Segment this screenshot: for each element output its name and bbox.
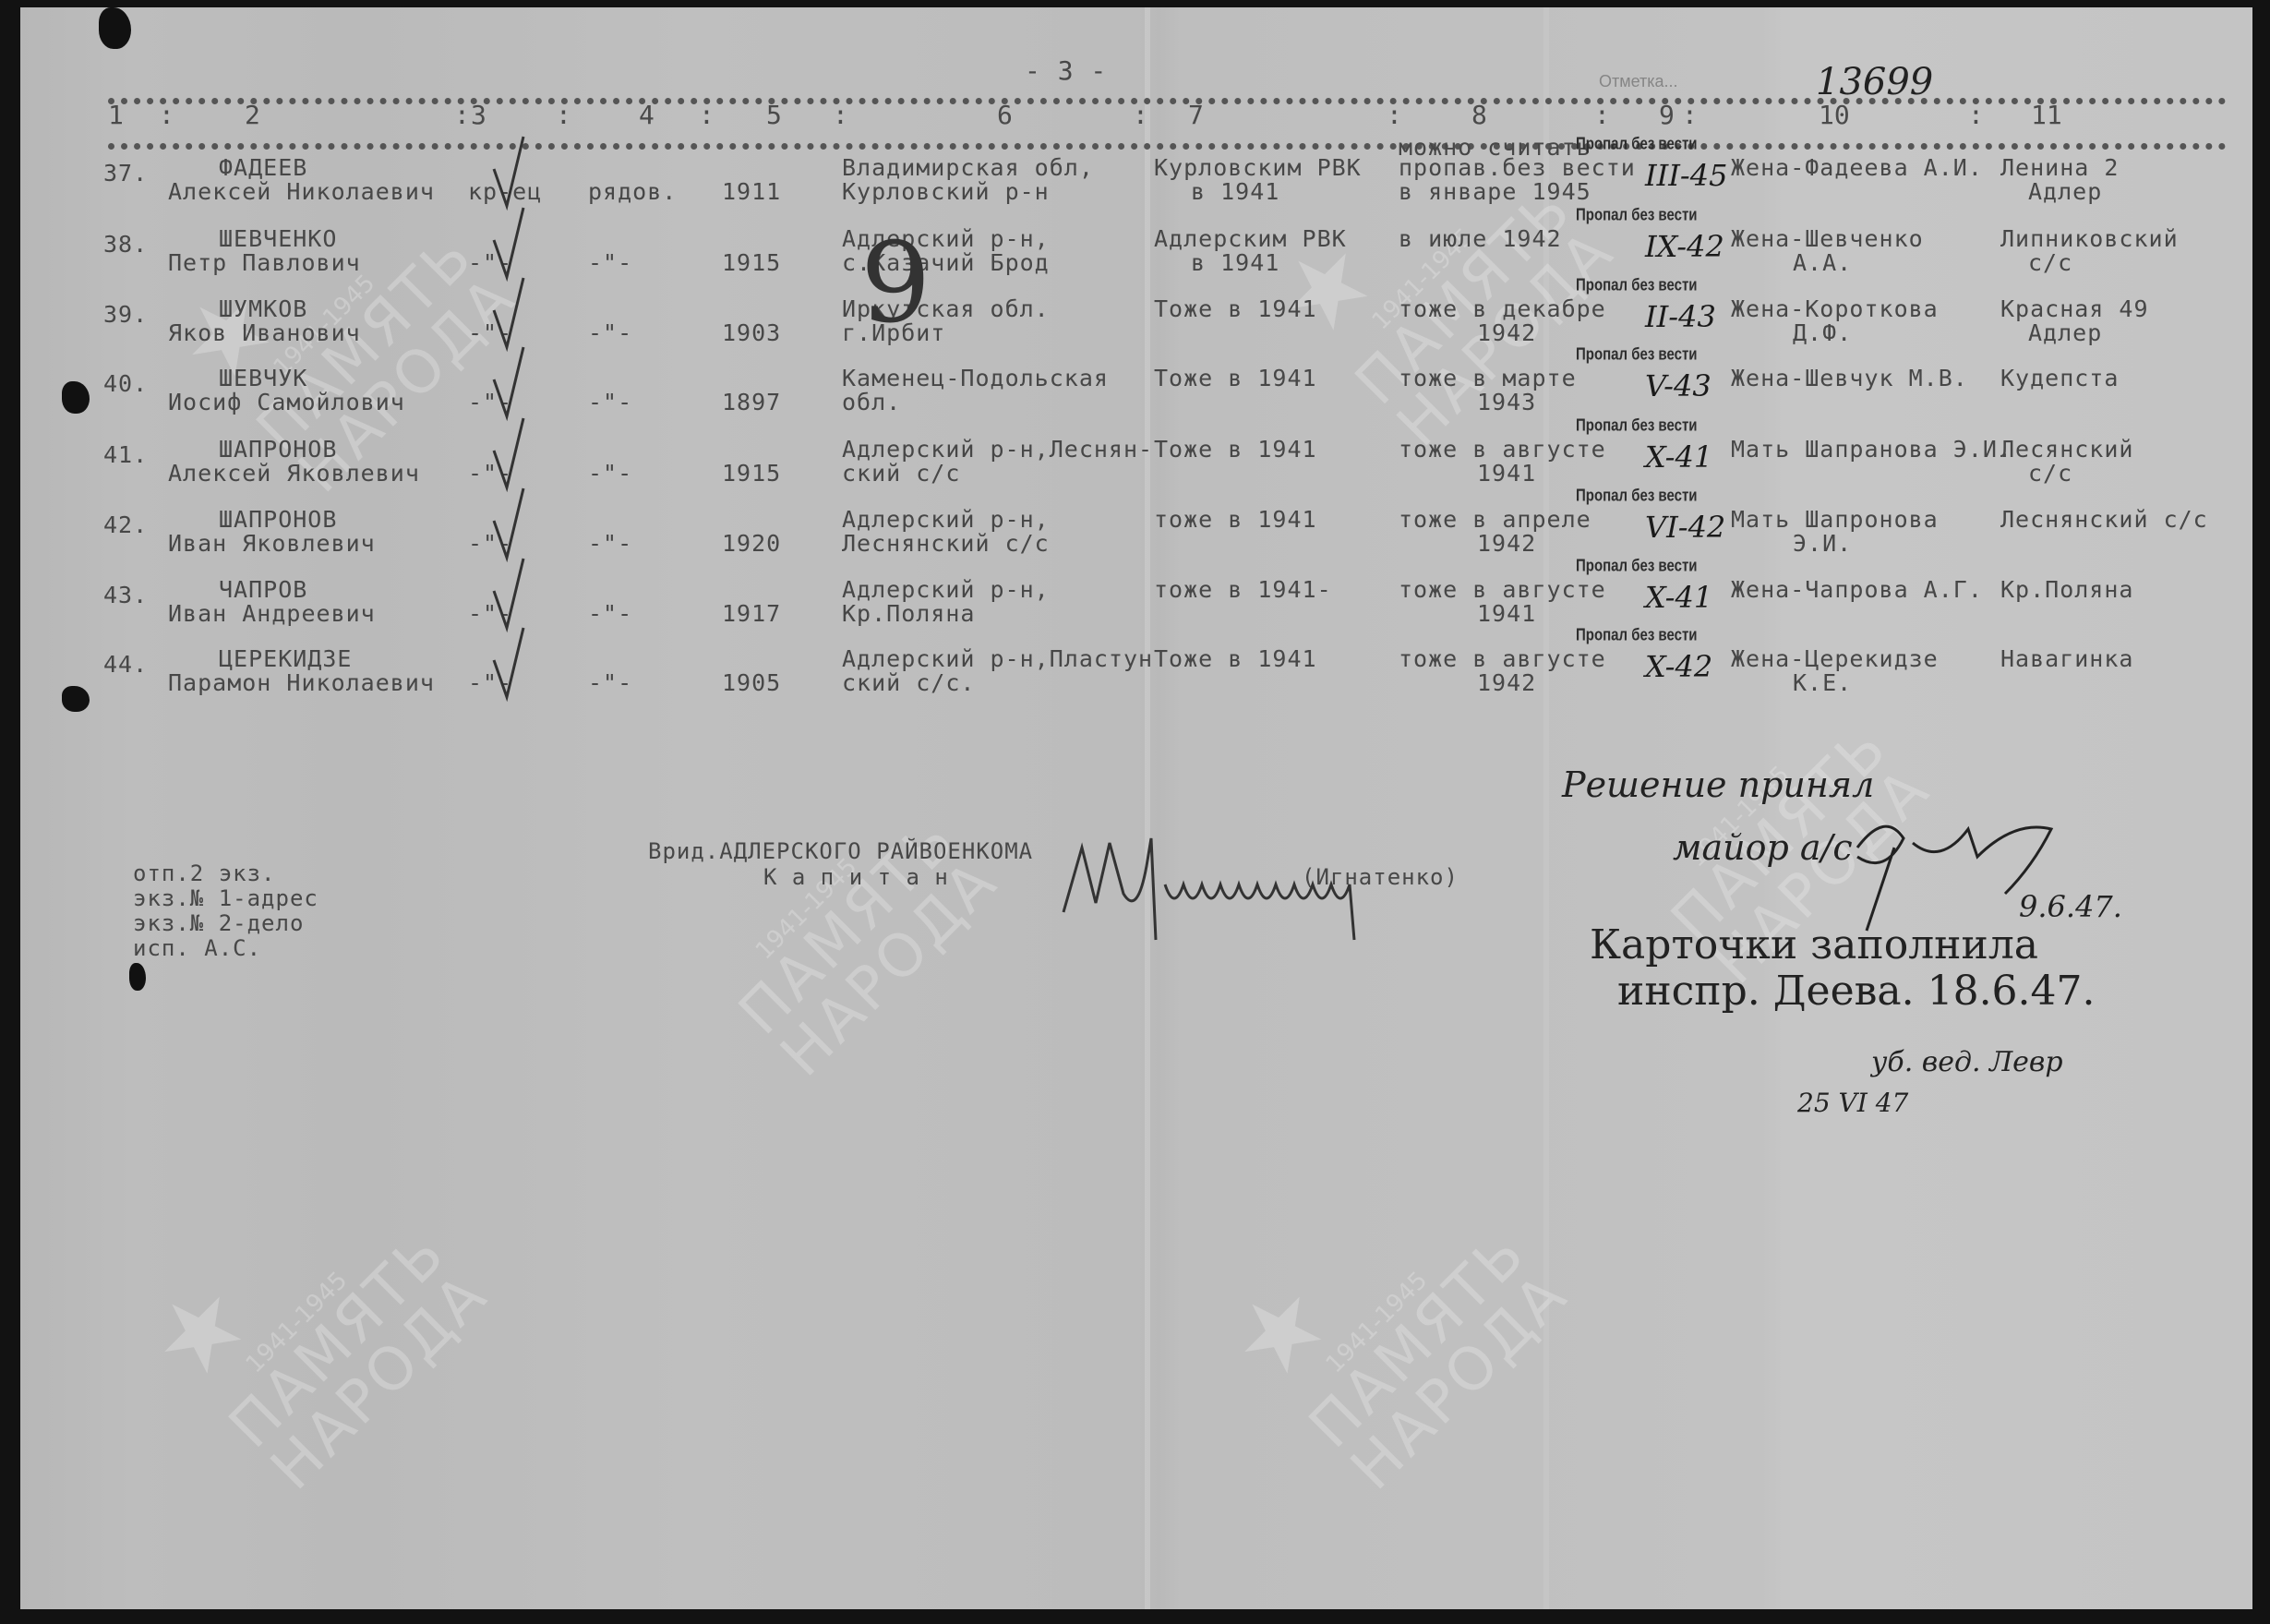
relative-line1: Жена-Шевченко	[1731, 225, 1924, 252]
missing-info-line1: тоже в августе	[1399, 436, 1606, 463]
drafted-by-line1: Тоже в 1941	[1154, 645, 1317, 672]
signatory-title: Врид.АДЛЕРСКОГО РАЙВОЕНКОМА	[648, 838, 1033, 864]
birthplace-line1: Владимирская обл,	[842, 154, 1094, 181]
missing-info-line2: 1942	[1477, 530, 1536, 557]
paper-damage	[62, 686, 90, 712]
signature	[1054, 829, 1442, 958]
missing-info-line1: тоже в августе	[1399, 576, 1606, 603]
relative-line1: Мать Шапронова	[1731, 506, 1939, 533]
paper-fold	[1145, 7, 1150, 1609]
relative-line2: А.А.	[1793, 249, 1852, 276]
watermark: ★ 1941-1945 ПАМЯТЬ НАРОДА	[131, 1133, 498, 1500]
row-number: 38.	[103, 231, 148, 258]
address-line1: Лесянский	[2000, 436, 2133, 463]
decision-note: Решение принял	[1562, 764, 1874, 805]
missing-stamp: Пропал без вести	[1576, 134, 1698, 153]
missing-stamp: Пропал без вести	[1576, 415, 1698, 435]
paper-damage	[62, 381, 90, 414]
rank-col4: -"-	[588, 530, 632, 557]
missing-stamp: Пропал без вести	[1576, 275, 1698, 295]
drafted-by-line1: Тоже в 1941	[1154, 295, 1317, 322]
relative-line1: Мать Шапранова Э.И.	[1731, 436, 2012, 463]
relative-line1: Жена-Чапрова А.Г.	[1731, 576, 1983, 603]
given-names: Иосиф Самойлович	[168, 389, 405, 415]
birth-year: 1897	[722, 389, 781, 415]
missing-info-line3: в январе 1945	[1399, 178, 1591, 205]
surname: ШЕВЧЕНКО	[219, 225, 337, 252]
handwritten-date: X-41	[1645, 439, 1712, 475]
drafted-by-line1: Тоже в 1941	[1154, 365, 1317, 391]
decision-date: 9.6.47.	[2019, 889, 2122, 924]
given-names: Иван Андреевич	[168, 600, 376, 627]
birthplace-line2: Кр.Поляна	[842, 600, 975, 627]
handwritten-date: X-42	[1645, 649, 1712, 684]
relative-line2: К.Е.	[1793, 669, 1852, 696]
birthplace-line1: Адлерский р-н,	[842, 506, 1050, 533]
handwritten-date: III-45	[1645, 158, 1727, 193]
rank-col4: -"-	[588, 600, 632, 627]
missing-info-line2: 1941	[1477, 600, 1536, 627]
address-line1: Кудепста	[2000, 365, 2119, 391]
handwritten-mark: 9	[860, 220, 931, 348]
archive-document-page: ★ 1941-1945 ПАМЯТЬ НАРОДА ★ 1941-1945 ПА…	[20, 7, 2252, 1609]
birthplace-line2: ский с/с	[842, 460, 960, 487]
birth-year: 1903	[722, 319, 781, 346]
missing-info-line2: 1942	[1477, 669, 1536, 696]
address-line1: Леснянский с/с	[2000, 506, 2208, 533]
surname: ФАДЕЕВ	[219, 154, 307, 181]
birthplace-line2: ский с/с.	[842, 669, 975, 696]
rank-col4: рядов.	[588, 178, 677, 205]
given-names: Алексей Николаевич	[168, 178, 435, 205]
address-line2: Адлер	[2028, 319, 2102, 346]
drafted-by-line1: Адлерским РВК	[1154, 225, 1347, 252]
rank-col4: -"-	[588, 460, 632, 487]
missing-info-line2: 1941	[1477, 460, 1536, 487]
address-line1: Красная 49	[2000, 295, 2149, 322]
rank-col4: -"-	[588, 669, 632, 696]
address-line1: Навагинка	[2000, 645, 2133, 672]
missing-info-line2: 1943	[1477, 389, 1536, 415]
birthplace-line2: Леснянский с/с	[842, 530, 1050, 557]
drafted-by-line1: тоже в 1941-	[1154, 576, 1332, 603]
missing-info-line1: тоже в августе	[1399, 645, 1606, 672]
drafted-by-line2: в 1941	[1191, 249, 1279, 276]
birth-year: 1915	[722, 249, 781, 276]
missing-info-line2: 1942	[1477, 319, 1536, 346]
cards-note-line2: инспр. Деева. 18.6.47.	[1617, 968, 2096, 1015]
row-number: 43.	[103, 582, 148, 608]
handwritten-date: IX-42	[1645, 229, 1724, 264]
missing-info-line2: пропав.без вести	[1399, 154, 1636, 181]
relative-line1: Жена-Короткова	[1731, 295, 1939, 322]
relative-line1: Жена-Шевчук М.В.	[1731, 365, 1968, 391]
surname: ШАПРОНОВ	[219, 506, 337, 533]
rank-col4: -"-	[588, 389, 632, 415]
given-names: Парамон Николаевич	[168, 669, 435, 696]
address-line2: Адлер	[2028, 178, 2102, 205]
relative-line2: Э.И.	[1793, 530, 1852, 557]
signatory-rank: К а п и т а н	[763, 864, 949, 890]
address-line1: Липниковский	[2000, 225, 2179, 252]
surname: ШАПРОНОВ	[219, 436, 337, 463]
watermark: ★ 1941-1945 ПАМЯТЬ НАРОДА	[1211, 1133, 1579, 1500]
given-names: Иван Яковлевич	[168, 530, 376, 557]
drafted-by-line2: в 1941	[1191, 178, 1279, 205]
handwritten-date: II-43	[1645, 299, 1716, 334]
missing-stamp: Пропал без вести	[1576, 625, 1698, 644]
given-names: Яков Иванович	[168, 319, 361, 346]
surname: ШЕВЧУК	[219, 365, 307, 391]
birthplace-line1: Каменец-Подольская	[842, 365, 1109, 391]
birthplace-line1: Адлерский р-н,Пластун	[842, 645, 1153, 672]
extra-note-line1: уб. вед. Левр	[1871, 1046, 2063, 1078]
birth-year: 1915	[722, 460, 781, 487]
rank-col4: -"-	[588, 249, 632, 276]
address-line2: с/с	[2028, 249, 2072, 276]
handwritten-date: VI-42	[1645, 510, 1725, 545]
address-line2: с/с	[2028, 460, 2072, 487]
birthplace-line2: обл.	[842, 389, 901, 415]
surname: ЦЕРЕКИДЗЕ	[219, 645, 352, 672]
birthplace-line1: Адлерский р-н,Леснян-	[842, 436, 1153, 463]
given-names: Алексей Яковлевич	[168, 460, 420, 487]
drafted-by-line1: тоже в 1941	[1154, 506, 1317, 533]
missing-stamp: Пропал без вести	[1576, 556, 1698, 575]
missing-stamp: Пропал без вести	[1576, 205, 1698, 224]
paper-damage	[99, 7, 131, 49]
birthplace-line1: Адлерский р-н,	[842, 576, 1050, 603]
missing-info-line1: тоже в декабре	[1399, 295, 1606, 322]
missing-stamp: Пропал без вести	[1576, 344, 1698, 364]
rank-col4: -"-	[588, 319, 632, 346]
missing-info-line1: в июле 1942	[1399, 225, 1562, 252]
archive-stamp: Отметка...	[1599, 72, 1678, 91]
birth-year: 1917	[722, 600, 781, 627]
row-number: 40.	[103, 370, 148, 397]
birthplace-line2: Курловский р-н	[842, 178, 1050, 205]
page-number: - 3 -	[1025, 55, 1107, 86]
address-line1: Кр.Поляна	[2000, 576, 2133, 603]
handwritten-date: X-41	[1645, 580, 1712, 615]
birth-year: 1920	[722, 530, 781, 557]
relative-line2: Д.Ф.	[1793, 319, 1852, 346]
given-names: Петр Павлович	[168, 249, 361, 276]
major-note: майор а/с	[1673, 827, 1853, 868]
copies-note: отп.2 экз. экз.№ 1-адрес экз.№ 2-дело ис…	[133, 861, 318, 961]
surname: ЧАПРОВ	[219, 576, 307, 603]
row-number: 39.	[103, 301, 148, 328]
drafted-by-line1: Курловским РВК	[1154, 154, 1362, 181]
birth-year: 1911	[722, 178, 781, 205]
check-mark	[486, 623, 542, 710]
row-number: 41.	[103, 441, 148, 468]
missing-info-line1: тоже в апреле	[1399, 506, 1591, 533]
row-number: 44.	[103, 651, 148, 678]
header-rule-bottom	[108, 143, 2227, 150]
header-rule-top	[108, 98, 2227, 104]
missing-stamp: Пропал без вести	[1576, 486, 1698, 505]
relative-line1: Жена-Фадеева А.И.	[1731, 154, 1983, 181]
surname: ШУМКОВ	[219, 295, 307, 322]
relative-line1: Жена-Церекидзе	[1731, 645, 1939, 672]
paper-damage	[129, 963, 146, 991]
extra-note-line2: 25 VI 47	[1797, 1088, 1908, 1118]
address-line1: Ленина 2	[2000, 154, 2119, 181]
missing-info-line1: тоже в марте	[1399, 365, 1577, 391]
cards-note-line1: Карточки заполнила	[1590, 921, 2038, 968]
watermark: 1941-1945 ПАМЯТЬ НАРОДА	[713, 791, 1008, 1087]
row-number: 42.	[103, 511, 148, 538]
row-number: 37.	[103, 160, 148, 186]
drafted-by-line1: Тоже в 1941	[1154, 436, 1317, 463]
birth-year: 1905	[722, 669, 781, 696]
handwritten-date: V-43	[1645, 368, 1712, 403]
